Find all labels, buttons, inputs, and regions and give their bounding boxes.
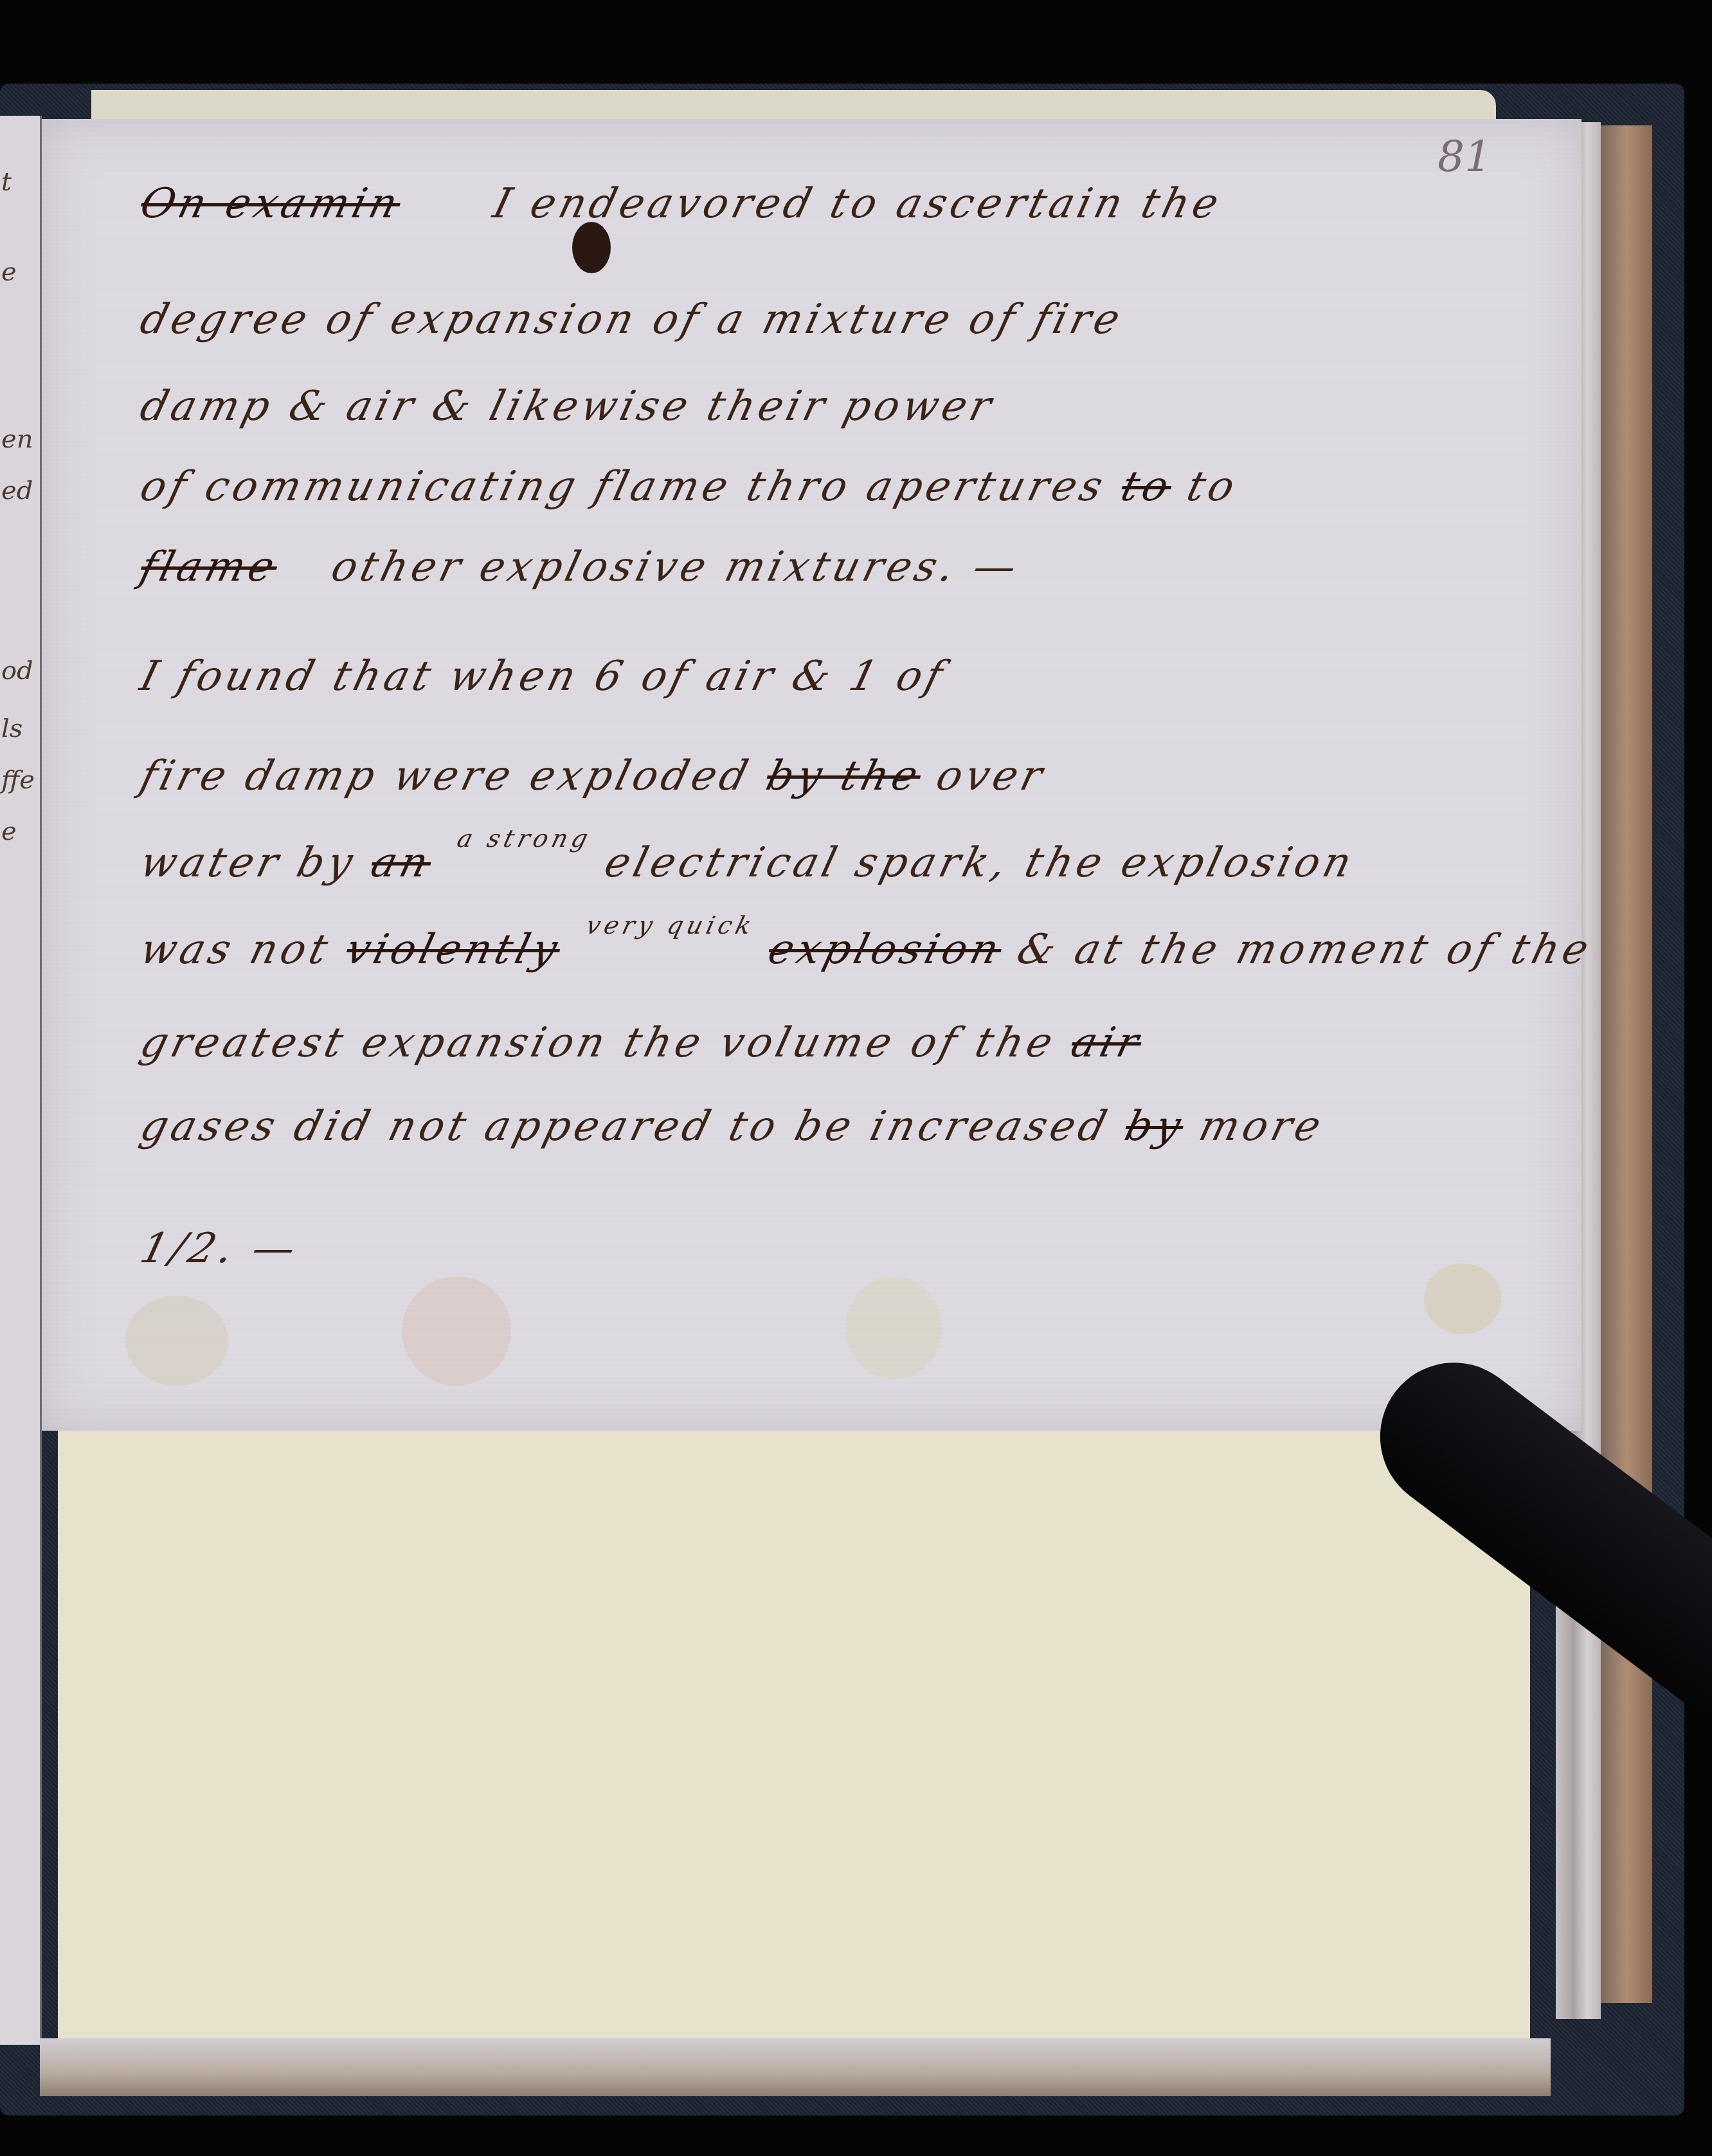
left-fragment: en: [1, 424, 33, 454]
left-fragment: ffe: [1, 765, 35, 795]
manuscript-line: was not violently very quick explosion &…: [136, 926, 1598, 974]
manuscript-line: flame other explosive mixtures. —: [136, 543, 1025, 591]
manuscript-line: degree of expansion of a mixture of fire: [136, 296, 1128, 343]
left-fragment: od: [1, 656, 33, 685]
page-number: 81: [1437, 132, 1491, 181]
paper-stain: [402, 1276, 511, 1386]
manuscript-page: 81 On examin I endeavored to ascertain t…: [42, 119, 1581, 1431]
left-fragment: e: [1, 257, 17, 287]
manuscript-line: On examin I endeavored to ascertain the: [136, 180, 1227, 228]
insertion: very quick: [583, 911, 758, 939]
manuscript-line: fire damp were exploded by the over: [136, 752, 1051, 800]
cream-insert-sheet: [58, 1431, 1530, 2047]
paper-stain: [125, 1296, 228, 1386]
manuscript-line: damp & air & likewise their power: [136, 383, 1000, 430]
left-fragment: t: [1, 167, 12, 197]
manuscript-line: gases did not appeared to be increased b…: [136, 1103, 1329, 1150]
paper-stain: [1424, 1264, 1501, 1334]
facing-page-left: t e en ed od ls ffe e: [0, 116, 42, 2045]
book-board-edge: [1601, 125, 1652, 2003]
insertion: a strong: [455, 824, 595, 853]
page-edges-bottom: [40, 2038, 1551, 2096]
paper-stain: [845, 1276, 942, 1379]
left-fragment: ed: [1, 476, 33, 505]
manuscript-line: greatest expansion the volume of the air: [136, 1019, 1148, 1067]
ink-blot: [572, 222, 611, 273]
left-fragment: ls: [1, 714, 23, 743]
manuscript-line: of communicating flame thro apertures to…: [136, 463, 1243, 511]
manuscript-line: I found that when 6 of air & 1 of: [136, 653, 951, 700]
manuscript-line: water by an a strong electrical spark, t…: [136, 839, 1360, 887]
deleted-text: On examin: [136, 180, 406, 228]
left-fragment: e: [1, 817, 17, 846]
manuscript-line: 1/2. —: [136, 1225, 304, 1273]
